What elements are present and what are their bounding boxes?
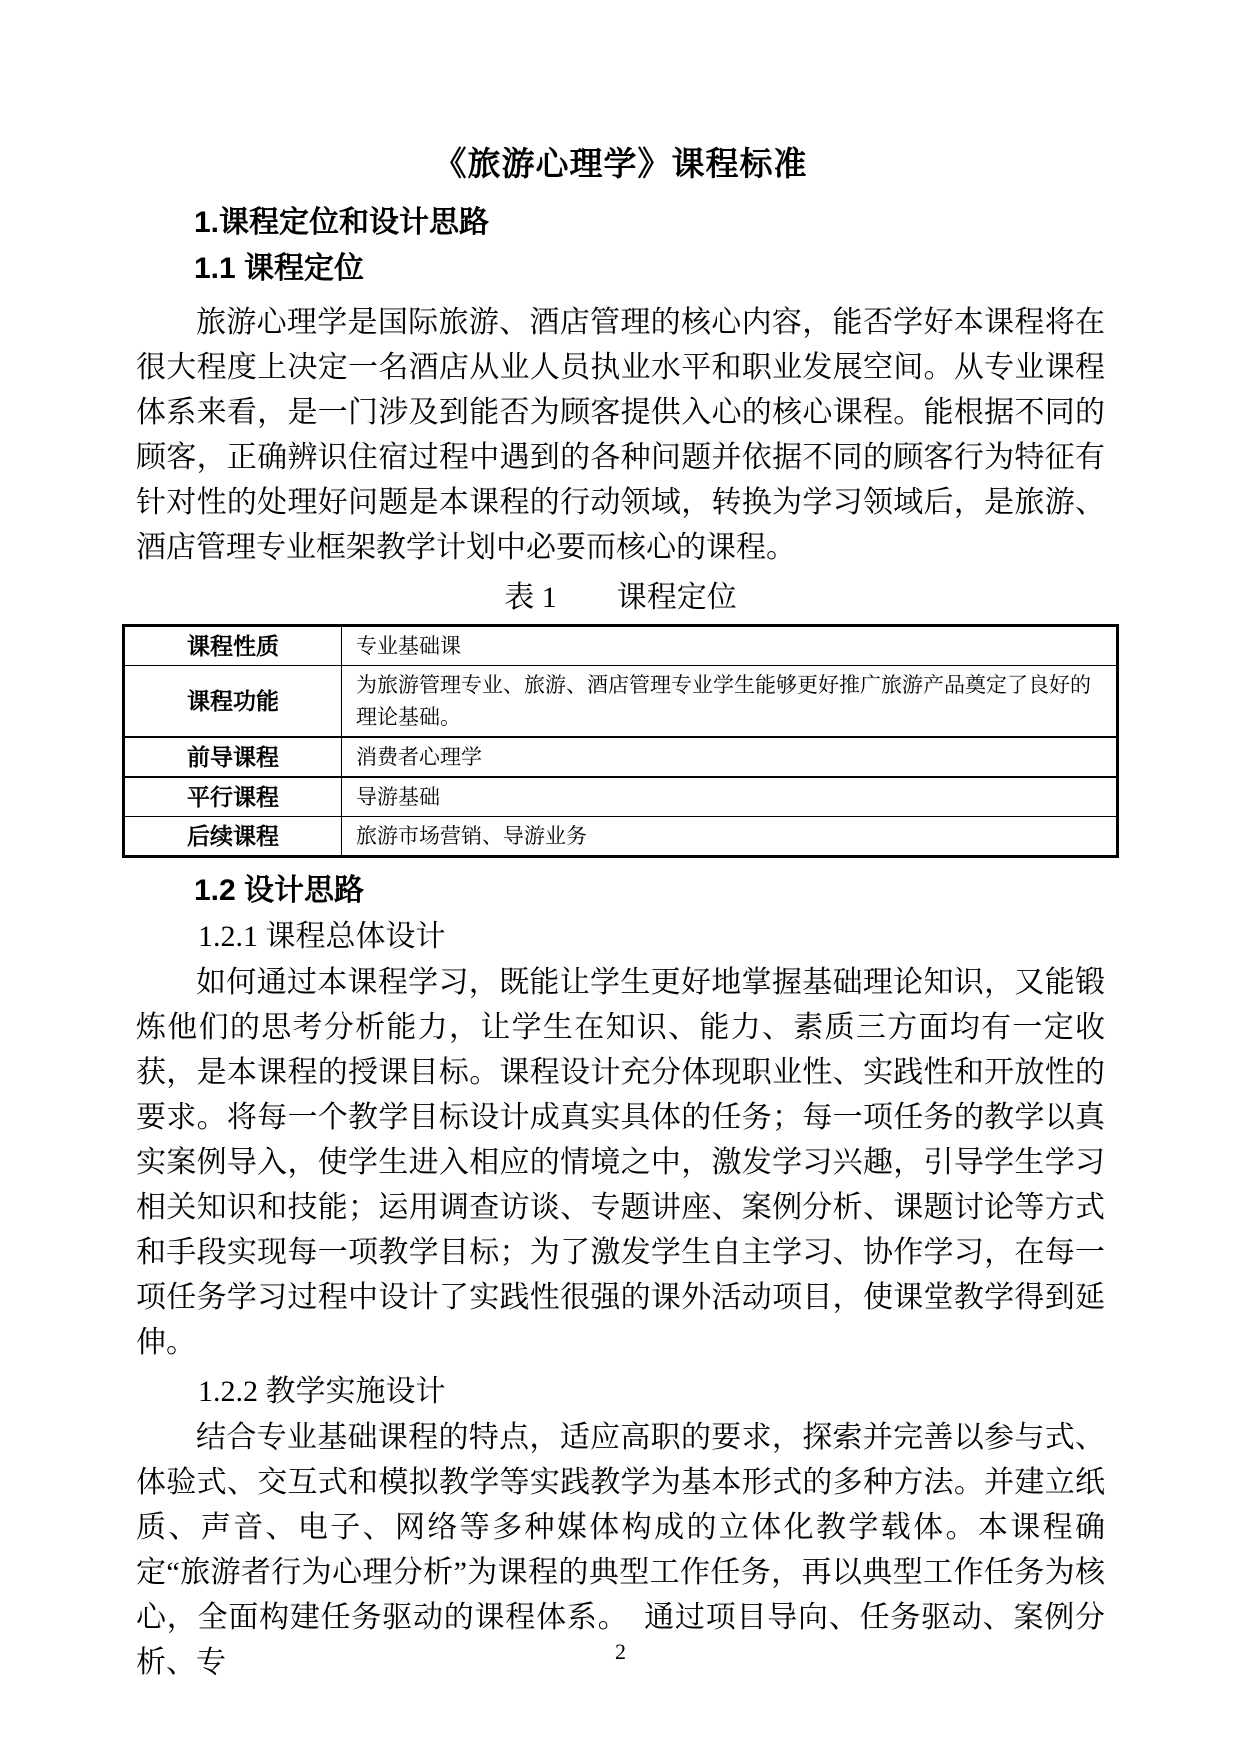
section-1-2-2-heading: 1.2.2 教学实施设计 xyxy=(136,1369,1105,1415)
row-value: 为旅游管理专业、旅游、酒店管理专业学生能够更好推广旅游产品奠定了良好的理论基础。 xyxy=(342,666,1118,738)
paragraph-course-positioning: 旅游心理学是国际旅游、酒店管理的核心内容，能否学好本课程将在很大程度上决定一名酒… xyxy=(136,300,1105,570)
page-number: 2 xyxy=(0,1638,1241,1666)
row-value: 专业基础课 xyxy=(342,626,1118,666)
row-label: 平行课程 xyxy=(124,777,342,817)
table-row-followup-course: 后续课程 旅游市场营销、导游业务 xyxy=(124,817,1118,857)
row-label: 课程功能 xyxy=(124,666,342,738)
course-positioning-table: 课程性质 专业基础课 课程功能 为旅游管理专业、旅游、酒店管理专业学生能够更好推… xyxy=(122,624,1119,858)
section-1-1-heading: 1.1 课程定位 xyxy=(136,246,1105,292)
row-value: 导游基础 xyxy=(342,777,1118,817)
document-page: 《旅游心理学》课程标准 1.课程定位和设计思路 1.1 课程定位 旅游心理学是国… xyxy=(0,0,1241,1754)
table-row-course-nature: 课程性质 专业基础课 xyxy=(124,626,1118,666)
table-row-course-function: 课程功能 为旅游管理专业、旅游、酒店管理专业学生能够更好推广旅游产品奠定了良好的… xyxy=(124,666,1118,738)
row-value: 旅游市场营销、导游业务 xyxy=(342,817,1118,857)
section-1-2-1-heading: 1.2.1 课程总体设计 xyxy=(136,914,1105,960)
row-value: 消费者心理学 xyxy=(342,737,1118,777)
table-1-caption: 表 1 课程定位 xyxy=(136,576,1105,620)
table-row-parallel-course: 平行课程 导游基础 xyxy=(124,777,1118,817)
row-label: 前导课程 xyxy=(124,737,342,777)
section-1-2-heading: 1.2 设计思路 xyxy=(136,868,1105,914)
row-label: 课程性质 xyxy=(124,626,342,666)
section-1-heading: 1.课程定位和设计思路 xyxy=(136,200,1105,246)
document-title: 《旅游心理学》课程标准 xyxy=(136,142,1105,186)
paragraph-overall-design: 如何通过本课程学习，既能让学生更好地掌握基础理论知识，又能锻炼他们的思考分析能力… xyxy=(136,960,1105,1365)
row-label: 后续课程 xyxy=(124,817,342,857)
table-row-preceding-course: 前导课程 消费者心理学 xyxy=(124,737,1118,777)
